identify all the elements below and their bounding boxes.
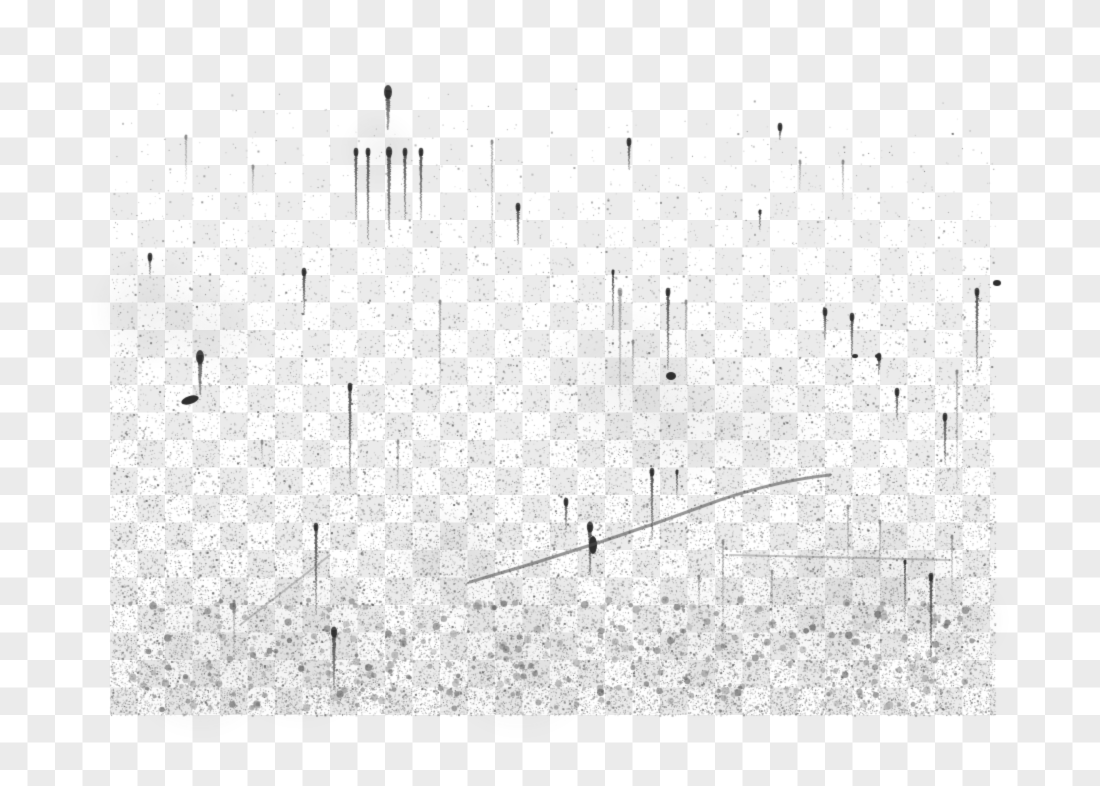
grunge-texture [0,0,1100,786]
